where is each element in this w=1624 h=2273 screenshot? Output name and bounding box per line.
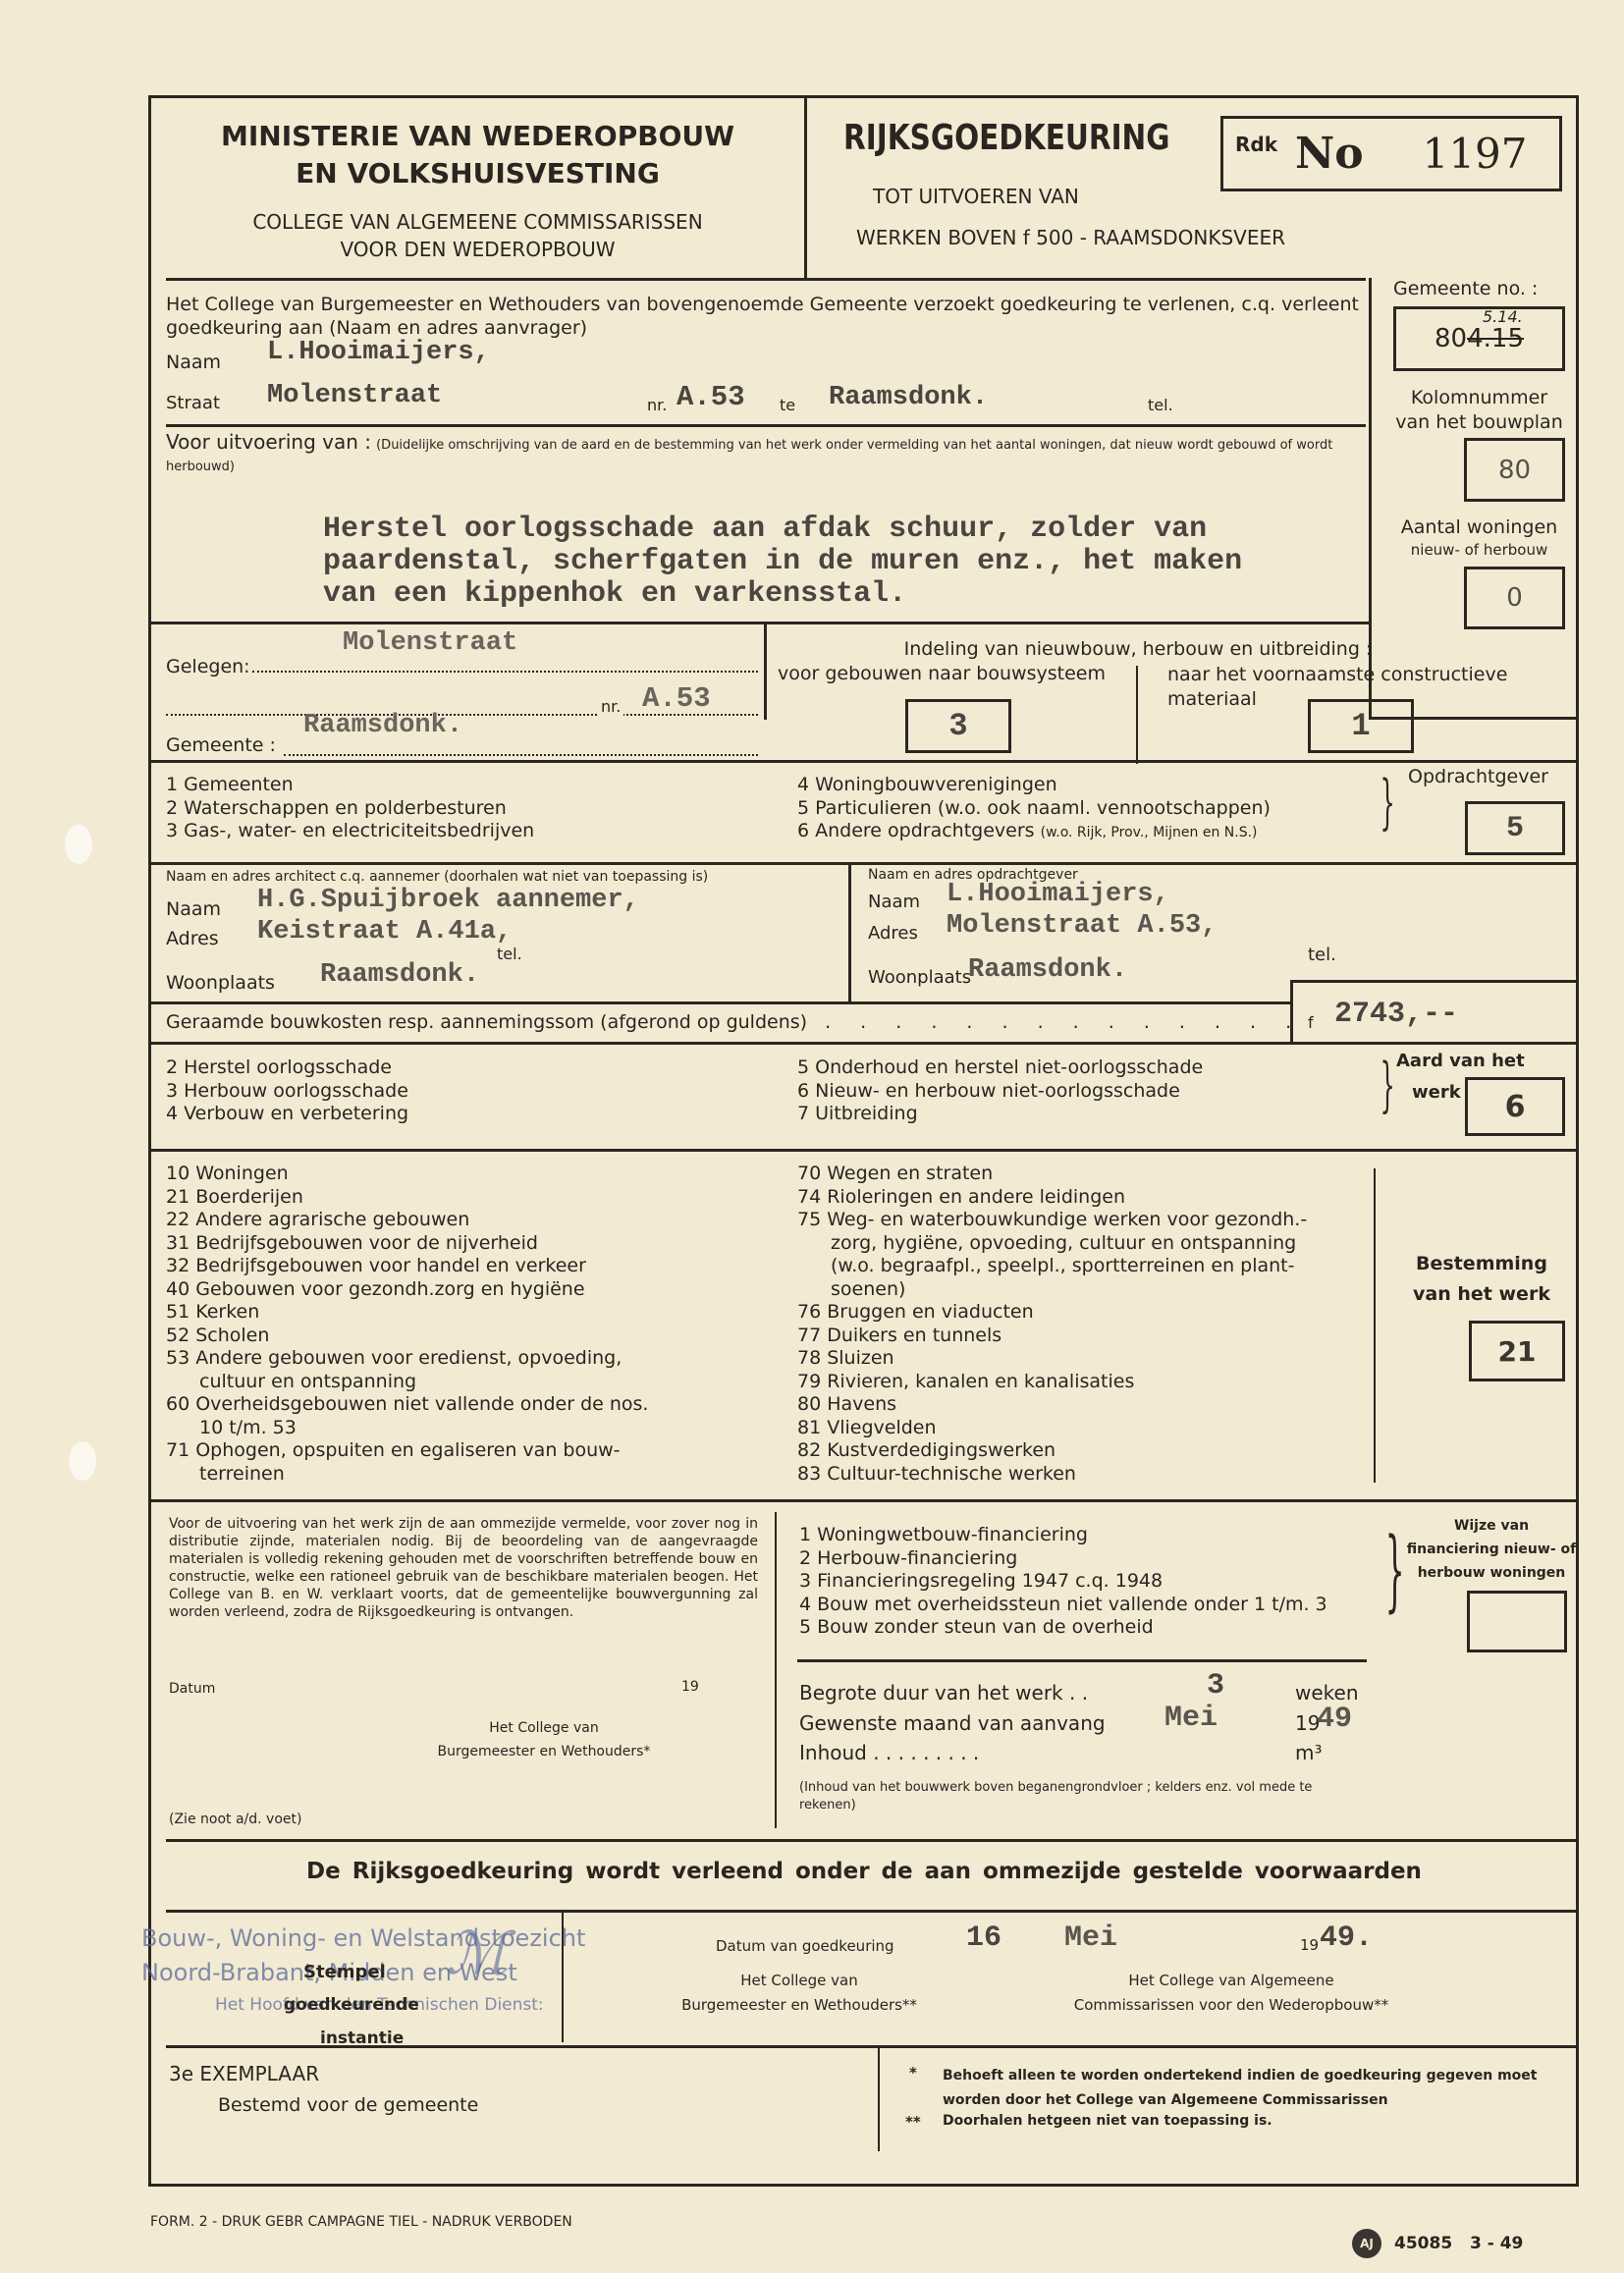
stamp-label-goedkeurende: goedkeurende xyxy=(284,1995,419,2015)
declaration-divider xyxy=(775,1512,777,1828)
note2-text: Doorhalen hetgeen niet van toepassing is… xyxy=(943,2113,1272,2129)
declaration-year-prefix: 19 xyxy=(681,1679,699,1695)
approval-signer-right-line2: Commissarissen voor den Wederopbouw** xyxy=(1035,1993,1428,2018)
materiaal-value: 1 xyxy=(1351,708,1370,744)
declaration-text: Voor de uitvoering van het werk zijn de … xyxy=(169,1515,758,1621)
form-subtitle1: TOT UITVOEREN VAN xyxy=(873,185,1079,208)
financiering-label-line1: Wijze van xyxy=(1403,1514,1580,1538)
straat-value: Molenstraat xyxy=(267,381,442,410)
divider xyxy=(151,1001,1290,1004)
request-intro: Het College van Burgemeester en Wethoude… xyxy=(166,293,1359,340)
financiering-label-line2: financiering nieuw- of xyxy=(1403,1538,1580,1561)
bestemming-label: Bestemming van het werk xyxy=(1383,1249,1580,1310)
divider xyxy=(166,424,1366,427)
option-item: 31 Bedrijfsgebouwen voor de nijverheid xyxy=(166,1232,648,1256)
option-item: 80 Havens xyxy=(797,1393,1307,1417)
note2-mark: ** xyxy=(905,2113,921,2131)
maand-label: Gewenste maand van aanvang xyxy=(799,1711,1106,1735)
approval-signer-left-line1: Het College van xyxy=(652,1969,947,1993)
financiering-box xyxy=(1467,1591,1567,1652)
naam-label: Naam xyxy=(166,352,221,373)
kolom-label: Kolomnummer van het bouwplan xyxy=(1379,386,1580,435)
approval-signer-right-line1: Het College van Algemeene xyxy=(1035,1969,1428,1993)
bestemming-options-left: 10 Woningen 21 Boerderijen 22 Andere agr… xyxy=(166,1163,648,1486)
divider xyxy=(151,1149,1577,1152)
option-item: 10 Woningen xyxy=(166,1163,648,1186)
ministry-line2: EN VOLKSHUISVESTING xyxy=(151,155,804,192)
option-item: 2 Herbouw-financiering xyxy=(799,1547,1327,1571)
kolom-value: 80 xyxy=(1498,456,1531,485)
client-naam-value: L.Hooimaijers, xyxy=(947,880,1169,909)
declaration-signer-line1: Het College van xyxy=(397,1716,691,1740)
imprint-text: FORM. 2 - DRUK GEBR CAMPAGNE TIEL - NADR… xyxy=(150,2214,572,2230)
no-label: No xyxy=(1295,129,1364,179)
option-item: 3 Financieringsregeling 1947 c.q. 1948 xyxy=(799,1570,1327,1594)
option-item: 77 Duikers en tunnels xyxy=(797,1325,1307,1348)
note1-text: Behoeft alleen te worden ondertekend ind… xyxy=(943,2064,1551,2113)
woningen-label-line1: Aantal woningen xyxy=(1379,516,1580,539)
architect-naam-label: Naam xyxy=(166,898,221,920)
declaration-datum-label: Datum xyxy=(169,1681,215,1697)
duur-label: Begrote duur van het werk . . xyxy=(799,1681,1088,1705)
college-line2: VOOR DEN WEDEROPBOUW xyxy=(151,236,804,263)
bestemming-box: 21 xyxy=(1469,1321,1565,1381)
option-item: 76 Bruggen en viaducten xyxy=(797,1301,1307,1325)
gelegen-label: Gelegen: xyxy=(166,656,250,677)
parties-divider xyxy=(848,862,851,1001)
option-item: 2 Waterschappen en polderbesturen xyxy=(166,797,534,821)
option-item: 6 Nieuw- en herbouw niet-oorlogsschade xyxy=(797,1080,1203,1104)
imprint-date: 3 - 49 xyxy=(1470,2234,1523,2253)
aard-label: Aard van het xyxy=(1396,1051,1525,1071)
uitvoering-header: Voor uitvoering van : (Duidelijke omschr… xyxy=(166,432,1359,477)
approval-datum-day: 16 xyxy=(966,1921,1001,1955)
opdrachtgever-box: 5 xyxy=(1465,801,1565,855)
option-note: (w.o. Rijk, Prov., Mijnen en N.S.) xyxy=(1041,825,1258,840)
kolom-label-line2: van het bouwplan xyxy=(1379,410,1580,435)
woningen-value: 0 xyxy=(1506,583,1523,613)
nr-label: nr. xyxy=(647,396,667,414)
option-item: 21 Boerderijen xyxy=(166,1186,648,1210)
approval-datum-year: 49. xyxy=(1320,1921,1373,1955)
divider xyxy=(166,1910,1577,1913)
divider xyxy=(1290,980,1577,983)
option-item: 53 Andere gebouwen voor eredienst, opvoe… xyxy=(166,1347,648,1371)
exemplaar-label: 3e EXEMPLAAR xyxy=(169,2062,319,2085)
footer-box-divider xyxy=(878,2045,880,2151)
approval-signer-left: Het College van Burgemeester en Wethoude… xyxy=(652,1969,947,2018)
uitvoering-description: Herstel oorlogsschade aan afdak schuur, … xyxy=(323,514,1242,611)
rdk-number-box: Rdk No 1197 xyxy=(1220,116,1562,191)
financiering-label-line3: herbouw woningen xyxy=(1403,1561,1580,1585)
option-item: 1 Woningwetbouw-financiering xyxy=(799,1524,1327,1547)
option-item: 71 Ophogen, opspuiten en egaliseren van … xyxy=(166,1439,648,1463)
uitvoering-line3: van een kippenhok en varkensstal. xyxy=(323,578,1242,611)
brace-icon: } xyxy=(1380,768,1394,837)
note1-mark: * xyxy=(909,2064,917,2082)
bestemming-label-line2: van het werk xyxy=(1383,1279,1580,1310)
client-adres-label: Adres xyxy=(868,923,918,944)
option-item: 40 Gebouwen voor gezondh.zorg en hygiëne xyxy=(166,1278,648,1302)
uitvoering-label: Voor uitvoering van : xyxy=(166,430,371,454)
college-line1: COLLEGE VAN ALGEMEENE COMMISSARISSEN xyxy=(151,208,804,236)
divider xyxy=(797,1659,1367,1662)
divider xyxy=(151,760,1577,763)
option-item: 78 Sluizen xyxy=(797,1347,1307,1371)
indeling-divider xyxy=(1136,666,1138,764)
form-subtitle2: WERKEN BOVEN f 500 - RAAMSDONKSVEER xyxy=(856,226,1285,249)
bestemming-value: 21 xyxy=(1498,1335,1537,1368)
option-item: 1 Gemeenten xyxy=(166,774,534,797)
divider xyxy=(166,278,1366,281)
indeling-right-line1: naar het voornaamste constructieve xyxy=(1167,663,1507,687)
woningen-box: 0 xyxy=(1464,567,1565,629)
approval-signer-left-line2: Burgemeester en Wethouders** xyxy=(652,1993,947,2018)
bestemming-options-right: 70 Wegen en straten 74 Rioleringen en an… xyxy=(797,1163,1307,1486)
gemeente-value: Raamsdonk. xyxy=(303,711,462,740)
option-item: 82 Kustverdedigingswerken xyxy=(797,1439,1307,1463)
materiaal-box: 1 xyxy=(1308,699,1414,753)
punch-hole xyxy=(65,825,92,864)
bestemming-label-line1: Bestemming xyxy=(1383,1249,1580,1279)
woningen-label: Aantal woningen nieuw- of herbouw xyxy=(1379,516,1580,562)
opdrachtgever-types-right: 4 Woningbouwverenigingen 5 Particulieren… xyxy=(797,774,1271,845)
option-item: 5 Bouw zonder steun van de overheid xyxy=(799,1616,1327,1640)
opdrachtgever-label: Opdrachtgever xyxy=(1408,766,1548,787)
te-value: Raamsdonk. xyxy=(829,383,988,412)
option-item: 79 Rivieren, kanalen en kanalisaties xyxy=(797,1371,1307,1394)
jaar-value: 49 xyxy=(1317,1703,1352,1736)
architect-woonplaats-label: Woonplaats xyxy=(166,972,275,994)
option-item: 70 Wegen en straten xyxy=(797,1163,1307,1186)
printer-logo-icon: AJ xyxy=(1352,2229,1381,2258)
financiering-options: 1 Woningwetbouw-financiering 2 Herbouw-f… xyxy=(799,1524,1327,1640)
gemeente-no-label: Gemeente no. : xyxy=(1393,278,1538,299)
kosten-value: 2743,-- xyxy=(1334,998,1458,1031)
declaration-note: (Zie noot a/d. voet) xyxy=(169,1812,301,1827)
divider xyxy=(151,1499,1577,1502)
option-item: 10 t/m. 53 xyxy=(166,1417,648,1440)
declaration-signer-line2: Burgemeester en Wethouders* xyxy=(397,1740,691,1763)
option-item: 5 Onderhoud en herstel niet-oorlogsschad… xyxy=(797,1056,1203,1080)
option-item: 4 Verbouw en verbetering xyxy=(166,1103,408,1126)
divider xyxy=(166,1839,1577,1842)
divider xyxy=(166,2045,1577,2048)
divider xyxy=(151,1042,1577,1045)
option-item: soenen) xyxy=(797,1278,1307,1302)
architect-tel-label: tel. xyxy=(497,945,522,963)
option-item: 83 Cultuur-technische werken xyxy=(797,1463,1307,1487)
form-title: RIJKSGOEDKEURING xyxy=(843,118,1169,158)
bouwsysteem-value: 3 xyxy=(948,708,967,744)
option-item: (w.o. begraafpl., speelpl., sportterrein… xyxy=(797,1255,1307,1278)
aard-value: 6 xyxy=(1505,1090,1526,1124)
signature-scribble: ℳ xyxy=(446,1920,509,1988)
option-item: cultuur en ontspanning xyxy=(166,1371,648,1394)
architect-naam-value: H.G.Spuijbroek aannemer, xyxy=(257,886,639,915)
duur-value: 3 xyxy=(1207,1669,1224,1703)
te-label: te xyxy=(780,396,795,414)
financiering-label: Wijze van financiering nieuw- of herbouw… xyxy=(1403,1514,1580,1585)
option-item: 32 Bedrijfsgebouwen voor handel en verke… xyxy=(166,1255,648,1278)
nr-value: A.53 xyxy=(677,381,745,413)
tel-label: tel. xyxy=(1148,396,1173,414)
architect-adres-label: Adres xyxy=(166,928,219,949)
inhoud-unit: m³ xyxy=(1295,1741,1323,1764)
kosten-currency: f xyxy=(1308,1013,1314,1032)
punch-hole xyxy=(69,1441,96,1481)
divider xyxy=(151,622,1369,624)
dotted-line xyxy=(284,754,758,756)
option-item: 3 Gas-, water- en electriciteitsbedrijve… xyxy=(166,820,534,843)
option-item: zorg, hygiëne, opvoeding, cultuur en ont… xyxy=(797,1232,1307,1256)
client-woonplaats-value: Raamsdonk. xyxy=(968,955,1127,985)
architect-header: Naam en adres architect c.q. aannemer (d… xyxy=(166,869,708,885)
approval-form: MINISTERIE VAN WEDEROPBOUW EN VOLKSHUISV… xyxy=(148,95,1579,2187)
uitvoering-line2: paardenstal, scherfgaten in de muren enz… xyxy=(323,546,1242,578)
bouwsysteem-box: 3 xyxy=(905,699,1011,753)
kolom-box: 80 xyxy=(1464,438,1565,502)
option-item: 3 Herbouw oorlogsschade xyxy=(166,1080,408,1104)
gemeente-no-struck: 4.15 xyxy=(1467,324,1524,353)
imprint-code: 45085 xyxy=(1394,2234,1452,2253)
client-adres-value: Molenstraat A.53, xyxy=(947,911,1217,941)
approval-signer-right: Het College van Algemeene Commissarissen… xyxy=(1035,1969,1428,2018)
stamp-line1: Bouw-, Woning- en Welstandstoezicht xyxy=(141,1924,585,1952)
location-nr-label: nr. xyxy=(598,697,623,716)
gemeente-no-box: 80 4.15 5.14. xyxy=(1393,306,1565,371)
option-item: 81 Vliegvelden xyxy=(797,1417,1307,1440)
header-divider xyxy=(804,98,807,278)
inhoud-note: (Inhoud van het bouwwerk boven beganengr… xyxy=(799,1779,1349,1814)
gemeente-label: Gemeente : xyxy=(166,734,276,756)
aard-options-left: 2 Herstel oorlogsschade 3 Herbouw oorlog… xyxy=(166,1056,408,1126)
dotted-line xyxy=(252,671,758,673)
indeling-title: Indeling van nieuwbouw, herbouw en uitbr… xyxy=(770,638,1506,660)
location-nr-value: A.53 xyxy=(642,682,711,715)
approval-banner: De Rijksgoedkeuring wordt verleend onder… xyxy=(151,1859,1577,1884)
bestemd-label: Bestemd voor de gemeente xyxy=(218,2094,478,2116)
client-woonplaats-label: Woonplaats xyxy=(868,967,971,988)
option-item: 4 Woningbouwverenigingen xyxy=(797,774,1271,797)
option-item: 51 Kerken xyxy=(166,1301,648,1325)
declaration-signer: Het College van Burgemeester en Wethoude… xyxy=(397,1716,691,1763)
option-item: 4 Bouw met overheidssteun niet vallende … xyxy=(799,1594,1327,1617)
brace-icon: } xyxy=(1380,1051,1394,1119)
uitvoering-line1: Herstel oorlogsschade aan afdak schuur, … xyxy=(323,514,1242,546)
gemeente-no-handwritten: 5.14. xyxy=(1483,307,1523,326)
divider xyxy=(151,862,1577,865)
opdrachtgever-types-left: 1 Gemeenten 2 Waterschappen en polderbes… xyxy=(166,774,534,843)
aard-box: 6 xyxy=(1465,1077,1565,1136)
approval-datum-month: Mei xyxy=(1064,1921,1117,1955)
straat-label: Straat xyxy=(166,393,220,413)
aard-options-right: 5 Onderhoud en herstel niet-oorlogsschad… xyxy=(797,1056,1203,1126)
architect-adres-value: Keistraat A.41a, xyxy=(257,917,512,947)
ministry-title: MINISTERIE VAN WEDEROPBOUW EN VOLKSHUISV… xyxy=(151,118,804,192)
option-item: 5 Particulieren (w.o. ook naaml. vennoot… xyxy=(797,797,1271,821)
approval-datum-year-prefix: 19 xyxy=(1300,1936,1319,1954)
option-item: 22 Andere agrarische gebouwen xyxy=(166,1209,648,1232)
kosten-label: Geraamde bouwkosten resp. aannemingssom … xyxy=(166,1011,1303,1033)
gemeente-no-value: 80 xyxy=(1435,324,1467,353)
aard-label-werk: werk xyxy=(1412,1082,1461,1103)
woningen-label-line2: nieuw- of herbouw xyxy=(1379,539,1580,562)
duur-unit: weken xyxy=(1295,1681,1359,1705)
opdrachtgever-value: 5 xyxy=(1506,812,1524,845)
option-item: 75 Weg- en waterbouwkundige werken voor … xyxy=(797,1209,1307,1232)
option-item: 60 Overheidsgebouwen niet vallende onder… xyxy=(166,1393,648,1417)
option-item: terreinen xyxy=(166,1463,648,1487)
maand-value: Mei xyxy=(1164,1702,1218,1735)
client-tel-label: tel. xyxy=(1308,945,1336,965)
architect-woonplaats-value: Raamsdonk. xyxy=(320,960,479,990)
location-divider xyxy=(764,622,767,720)
option-item: 52 Scholen xyxy=(166,1325,648,1348)
inhoud-label: Inhoud . . . . . . . . . xyxy=(799,1741,979,1764)
gelegen-value: Molenstraat xyxy=(343,628,517,658)
ministry-line1: MINISTERIE VAN WEDEROPBOUW xyxy=(151,118,804,155)
naam-value: L.Hooimaijers, xyxy=(267,338,490,367)
college-title: COLLEGE VAN ALGEMEENE COMMISSARISSEN VOO… xyxy=(151,208,804,263)
bestemming-brace-line xyxy=(1374,1168,1376,1483)
rdk-label: Rdk xyxy=(1235,133,1277,156)
kolom-label-line1: Kolomnummer xyxy=(1379,386,1580,410)
client-naam-label: Naam xyxy=(868,892,920,912)
option-item: 7 Uitbreiding xyxy=(797,1103,1203,1126)
option-item: 74 Rioleringen en andere leidingen xyxy=(797,1186,1307,1210)
indeling-left-label: voor gebouwen naar bouwsysteem xyxy=(778,663,1106,684)
approval-datum-label: Datum van goedkeuring xyxy=(716,1937,894,1955)
stamp-label: Stempel xyxy=(303,1962,386,1982)
option-item: 2 Herstel oorlogsschade xyxy=(166,1056,408,1080)
option-item: 6 Andere opdrachtgevers xyxy=(797,820,1035,841)
brace-icon: } xyxy=(1385,1527,1405,1615)
rdk-number: 1197 xyxy=(1423,130,1528,178)
